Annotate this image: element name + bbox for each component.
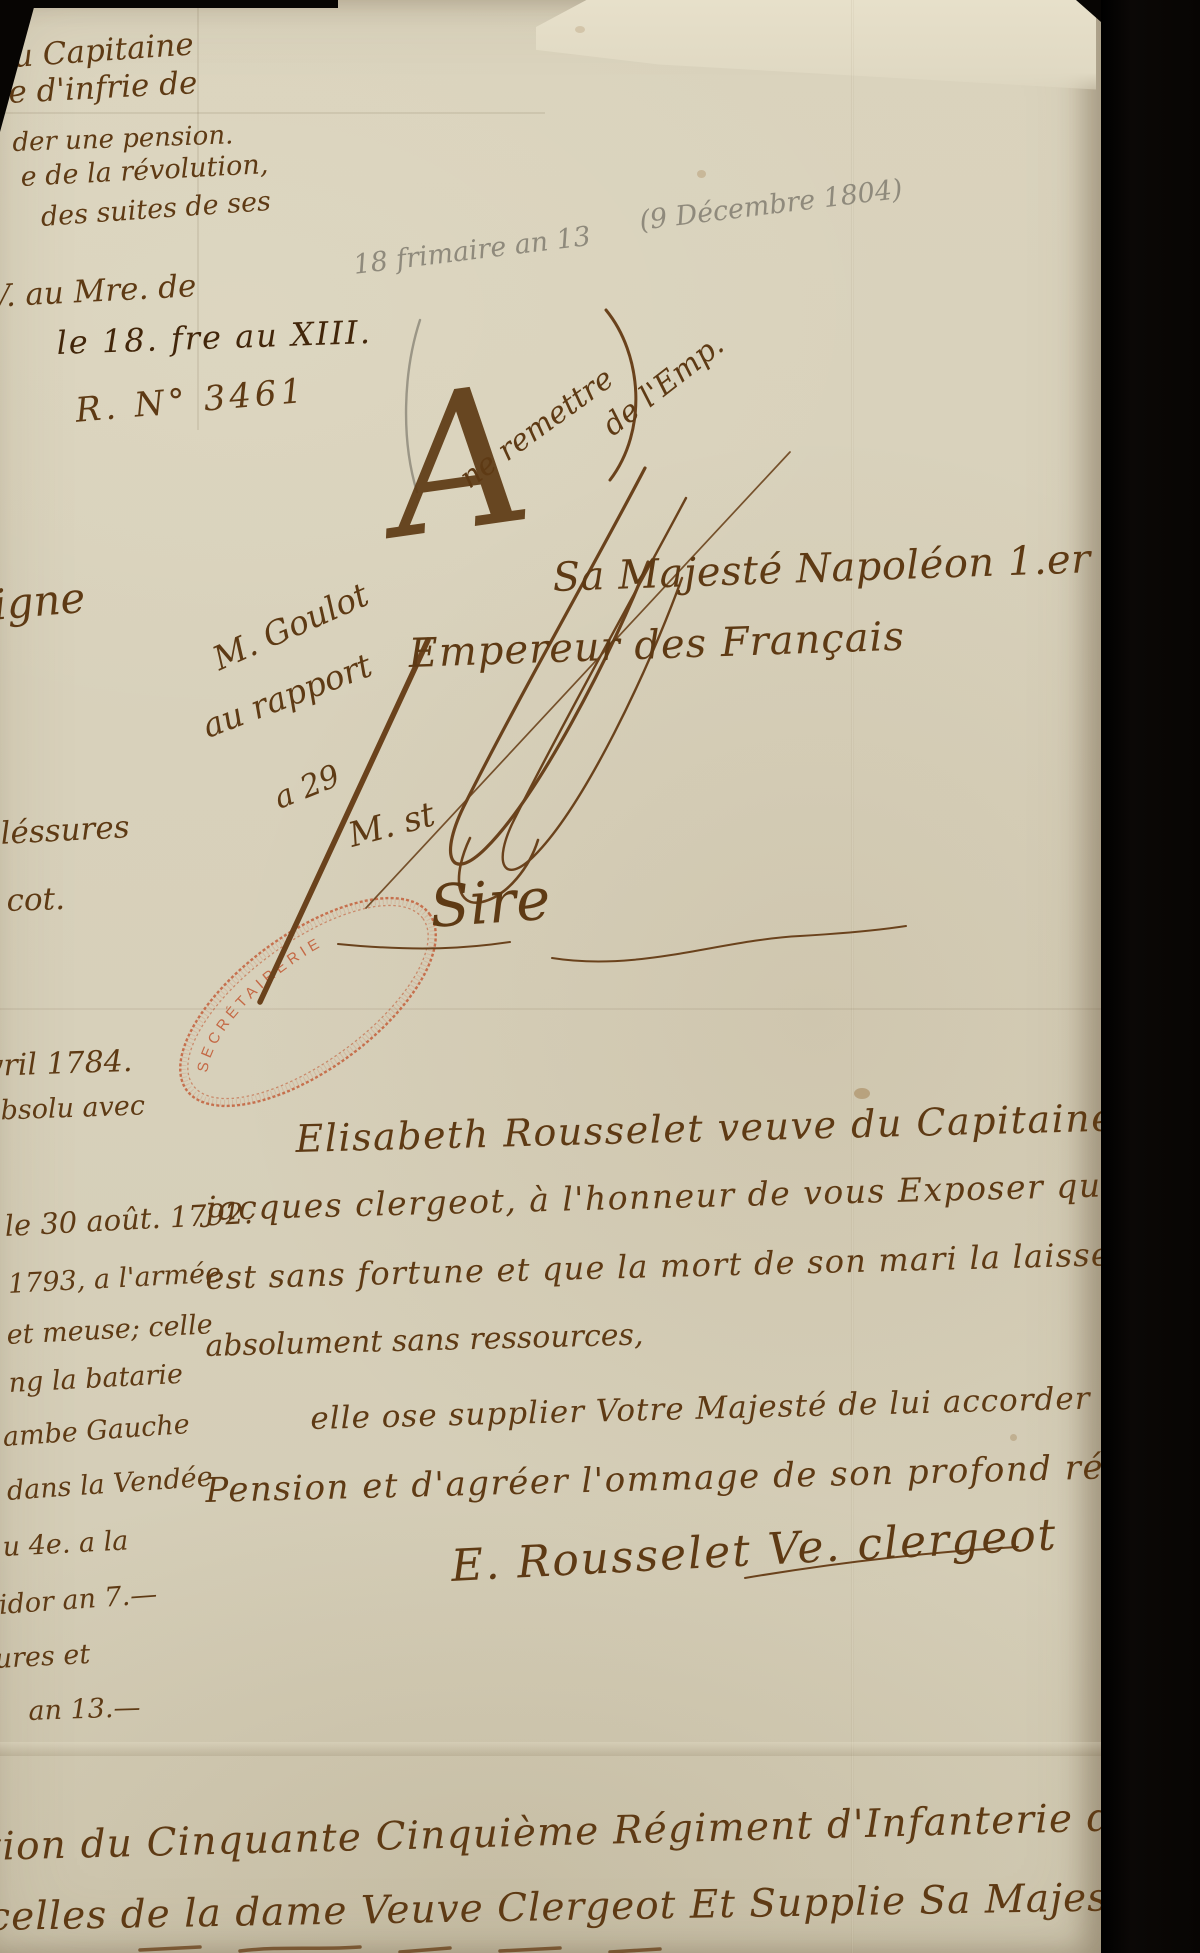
scan-right-band	[1101, 0, 1200, 1953]
margin-date-note: le 18. fre au XIII.	[56, 316, 372, 359]
margin-note: an 13.—	[28, 1694, 141, 1725]
scan-top-strip	[0, 0, 338, 8]
margin-note: u 4e. a la	[2, 1527, 129, 1561]
margin-note: vril 1784.	[0, 1047, 133, 1082]
scanned-manuscript-page: { "colors": { "background": "#070503", "…	[0, 0, 1200, 1953]
margin-note: absolu avec	[0, 1092, 145, 1125]
margin-note: ligne	[0, 577, 87, 628]
margin-note: ures et	[0, 1641, 91, 1673]
margin-note: bléssures	[0, 812, 130, 851]
margin-note: der une pension.	[12, 122, 234, 156]
margin-note: cot.	[6, 884, 65, 917]
greeting-sire: Sire	[428, 870, 552, 936]
